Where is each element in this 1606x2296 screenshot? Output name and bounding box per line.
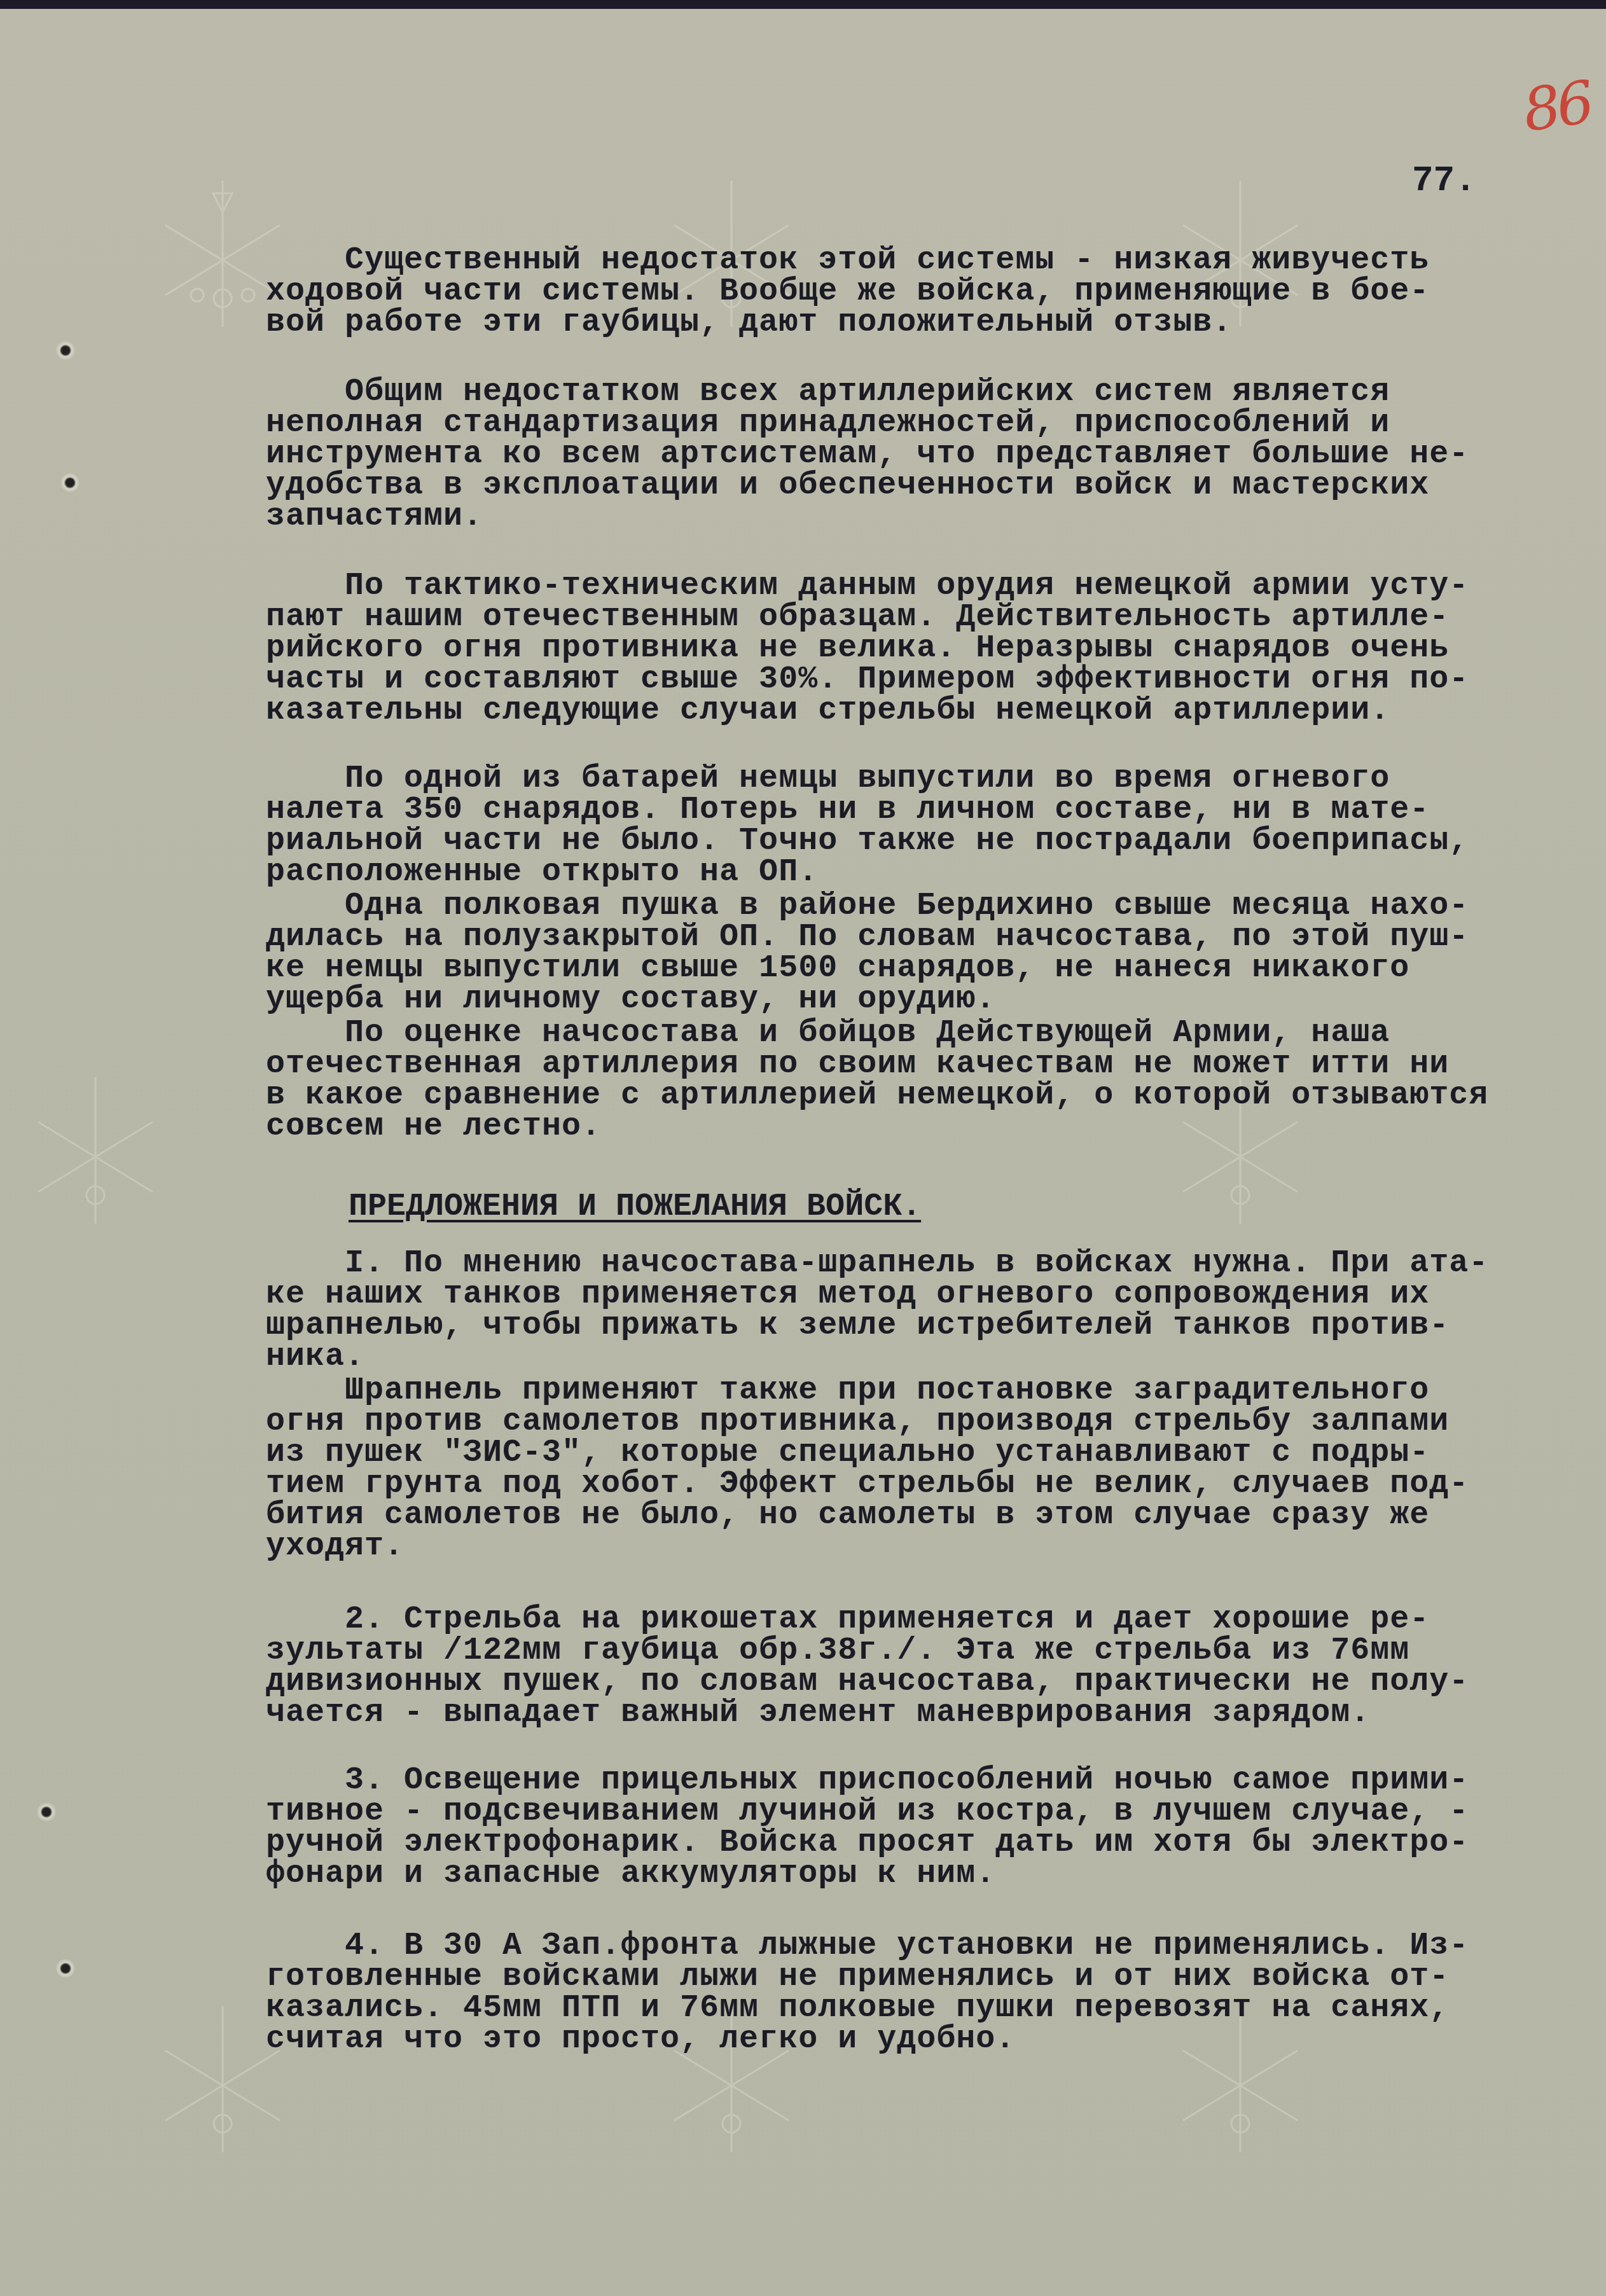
text-line: тием грунта под хобот. Эффект стрельбы н…	[266, 1469, 1602, 1500]
text-line: совсем не лестно.	[266, 1111, 1602, 1142]
paragraph: 3. Освещение прицельных приспособлений н…	[266, 1765, 1602, 1890]
paragraph: Шрапнель применяют также при постановке …	[266, 1375, 1602, 1562]
text-line: 3. Освещение прицельных приспособлений н…	[266, 1765, 1602, 1796]
text-line: уходят.	[266, 1531, 1602, 1562]
document-page: 86 77. Существенный недостаток этой сист…	[0, 9, 1606, 2296]
text-line: неполная стандартизация принадлежностей,…	[266, 408, 1602, 439]
text-line: вой работе эти гаубицы, дают положительн…	[266, 307, 1602, 338]
text-line: в какое сравнение с артиллерией немецкой…	[266, 1080, 1602, 1111]
text-line: ке наших танков применяется метод огнево…	[266, 1279, 1602, 1310]
binding-hole	[60, 473, 80, 492]
crossed-cannons-watermark-icon	[25, 1065, 165, 1230]
text-line: Существенный недостаток этой системы - н…	[266, 245, 1602, 276]
paragraph: 4. В 30 А Зап.фронта лыжные установки не…	[266, 1930, 1602, 2055]
text-line: ке немцы выпустили свыше 1500 снарядов, …	[266, 953, 1602, 984]
text-line: отечественная артиллерия по своим качест…	[266, 1049, 1602, 1080]
text-line: 2. Стрельба на рикошетах применяется и д…	[266, 1604, 1602, 1635]
text-line: пают нашим отечественным образцам. Дейст…	[266, 602, 1602, 633]
page-number: 77.	[1412, 160, 1476, 201]
text-line: I. По мнению начсостава-шрапнель в войск…	[266, 1248, 1602, 1279]
text-line: расположенные открыто на ОП.	[266, 857, 1602, 888]
binding-hole	[56, 1959, 75, 1978]
text-line: По тактико-техническим данным орудия нем…	[266, 571, 1602, 602]
text-line: дивизионных пушек, по словам начсостава,…	[266, 1666, 1602, 1698]
paragraph: По одной из батарей немцы выпустили во в…	[266, 763, 1602, 888]
text-line: из пушек "ЗИС-3", которые специально уст…	[266, 1437, 1602, 1469]
text-line: Общим недостатком всех артиллерийских си…	[266, 377, 1602, 408]
text-line: считая что это просто, легко и удобно.	[266, 2024, 1602, 2055]
text-line: бития самолетов не было, но самолеты в э…	[266, 1500, 1602, 1531]
text-line: огня против самолетов противника, произв…	[266, 1406, 1602, 1437]
text-line: ходовой части системы. Вообще же войска,…	[266, 276, 1602, 307]
text-line: По оценке начсостава и бойцов Действующе…	[266, 1018, 1602, 1049]
paragraph: По тактико-техническим данным орудия нем…	[266, 571, 1602, 726]
text-line: 4. В 30 А Зап.фронта лыжные установки не…	[266, 1930, 1602, 1961]
text-line: риальной части не было. Точно также не п…	[266, 826, 1602, 857]
paragraph: I. По мнению начсостава-шрапнель в войск…	[266, 1248, 1602, 1373]
text-line: казались. 45мм ПТП и 76мм полковые пушки…	[266, 1993, 1602, 2024]
text-line: ника.	[266, 1341, 1602, 1373]
text-line: удобства в эксплоатации и обеспеченности…	[266, 470, 1602, 501]
text-line: Одна полковая пушка в районе Бердихино с…	[266, 890, 1602, 922]
text-line: чается - выпадает важный элемент маневри…	[266, 1698, 1602, 1729]
text-line: налета 350 снарядов. Потерь ни в личном …	[266, 794, 1602, 826]
text-line: дилась на полузакрытой ОП. По словам нач…	[266, 922, 1602, 953]
text-line: зультаты /122мм гаубица обр.38г./. Эта ж…	[266, 1635, 1602, 1666]
text-line: По одной из батарей немцы выпустили во в…	[266, 763, 1602, 794]
binding-hole	[37, 1802, 56, 1822]
text-line: инструмента ко всем артсистемам, что пре…	[266, 439, 1602, 470]
text-line: ущерба ни личному составу, ни орудию.	[266, 984, 1602, 1015]
text-line: ручной электрофонарик. Войска просят дат…	[266, 1827, 1602, 1858]
text-line: тивное - подсвечиванием лучиной из костр…	[266, 1796, 1602, 1827]
text-line: казательны следующие случаи стрельбы нем…	[266, 695, 1602, 726]
binding-hole	[56, 341, 75, 360]
paragraph: По оценке начсостава и бойцов Действующе…	[266, 1018, 1602, 1142]
text-line: фонари и запасные аккумуляторы к ним.	[266, 1858, 1602, 1890]
paragraph: Одна полковая пушка в районе Бердихино с…	[266, 890, 1602, 1015]
section-heading: ПРЕДЛОЖЕНИЯ И ПОЖЕЛАНИЯ ВОЙСК.	[349, 1189, 921, 1225]
text-line: часты и составляют свыше 30%. Примером э…	[266, 664, 1602, 695]
handwritten-folio-number: 86	[1519, 68, 1595, 145]
scan-top-border	[0, 0, 1606, 9]
paragraph: 2. Стрельба на рикошетах применяется и д…	[266, 1604, 1602, 1729]
text-line: Шрапнель применяют также при постановке …	[266, 1375, 1602, 1406]
paragraph: Общим недостатком всех артиллерийских си…	[266, 377, 1602, 532]
text-line: запчастями.	[266, 501, 1602, 532]
text-line: готовленные войсками лыжи не применялись…	[266, 1961, 1602, 1993]
text-line: шрапнелью, чтобы прижать к земле истреби…	[266, 1310, 1602, 1341]
text-line: рийского огня противника не велика. Нера…	[266, 633, 1602, 664]
paragraph: Существенный недостаток этой системы - н…	[266, 245, 1602, 338]
